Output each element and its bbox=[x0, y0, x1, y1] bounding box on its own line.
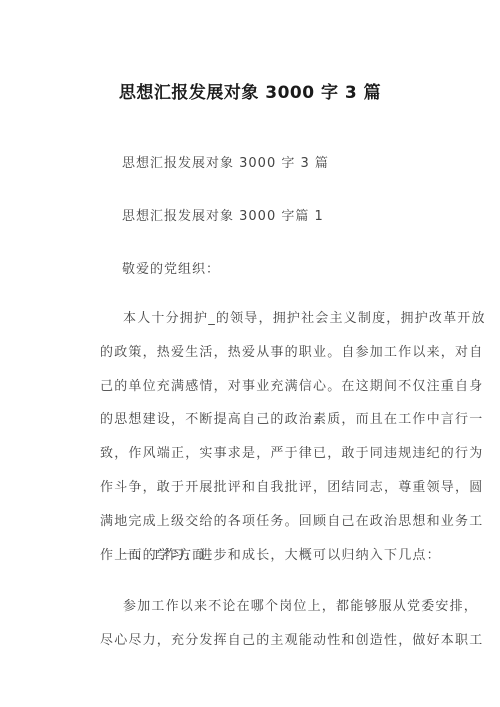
paragraph-line: 本人十分拥护_的领导，拥护社会主义制度，拥护改革开放 bbox=[100, 302, 430, 336]
paragraph-line: 满地完成上级交给的各项任务。回顾自己在政治思想和业务工 bbox=[100, 505, 430, 539]
document-page: 思想汇报发展对象 3000 字 3 篇 思想汇报发展对象 3000 字 3 篇 … bbox=[0, 0, 500, 707]
section-heading: 思想汇报发展对象 3000 字篇 1 bbox=[122, 205, 324, 224]
paragraph-2: 参加工作以来不论在哪个岗位上，都能够服从党委安排， 尽心尽力，充分发挥自己的主观… bbox=[100, 590, 430, 658]
paragraph-1: 本人十分拥护_的领导，拥护社会主义制度，拥护改革开放 的政策，热爱生活，热爱从事… bbox=[100, 302, 430, 572]
paragraph-line: 作斗争，敢于开展批评和自我批评，团结同志，尊重领导，圆 bbox=[100, 471, 430, 505]
salutation: 敬爱的党组织： bbox=[122, 258, 220, 277]
paragraph-line: 己的单位充满感情，对事业充满信心。在这期间不仅注重自身 bbox=[100, 370, 430, 404]
paragraph-line: 致，作风端正，实事求是，严于律已，敢于同违规违纪的行为 bbox=[100, 437, 430, 471]
subheading-work: 一、工作方面 bbox=[122, 544, 206, 563]
subtitle: 思想汇报发展对象 3000 字 3 篇 bbox=[122, 152, 329, 171]
document-title: 思想汇报发展对象 3000 字 3 篇 bbox=[0, 78, 500, 103]
paragraph-line: 参加工作以来不论在哪个岗位上，都能够服从党委安排， bbox=[100, 590, 430, 624]
paragraph-line: 尽心尽力，充分发挥自己的主观能动性和创造性，做好本职工 bbox=[100, 624, 430, 658]
paragraph-line: 的思想建设，不断提高自己的政治素质，而且在工作中言行一 bbox=[100, 403, 430, 437]
paragraph-line: 的政策，热爱生活，热爱从事的职业。自参加工作以来，对自 bbox=[100, 336, 430, 370]
